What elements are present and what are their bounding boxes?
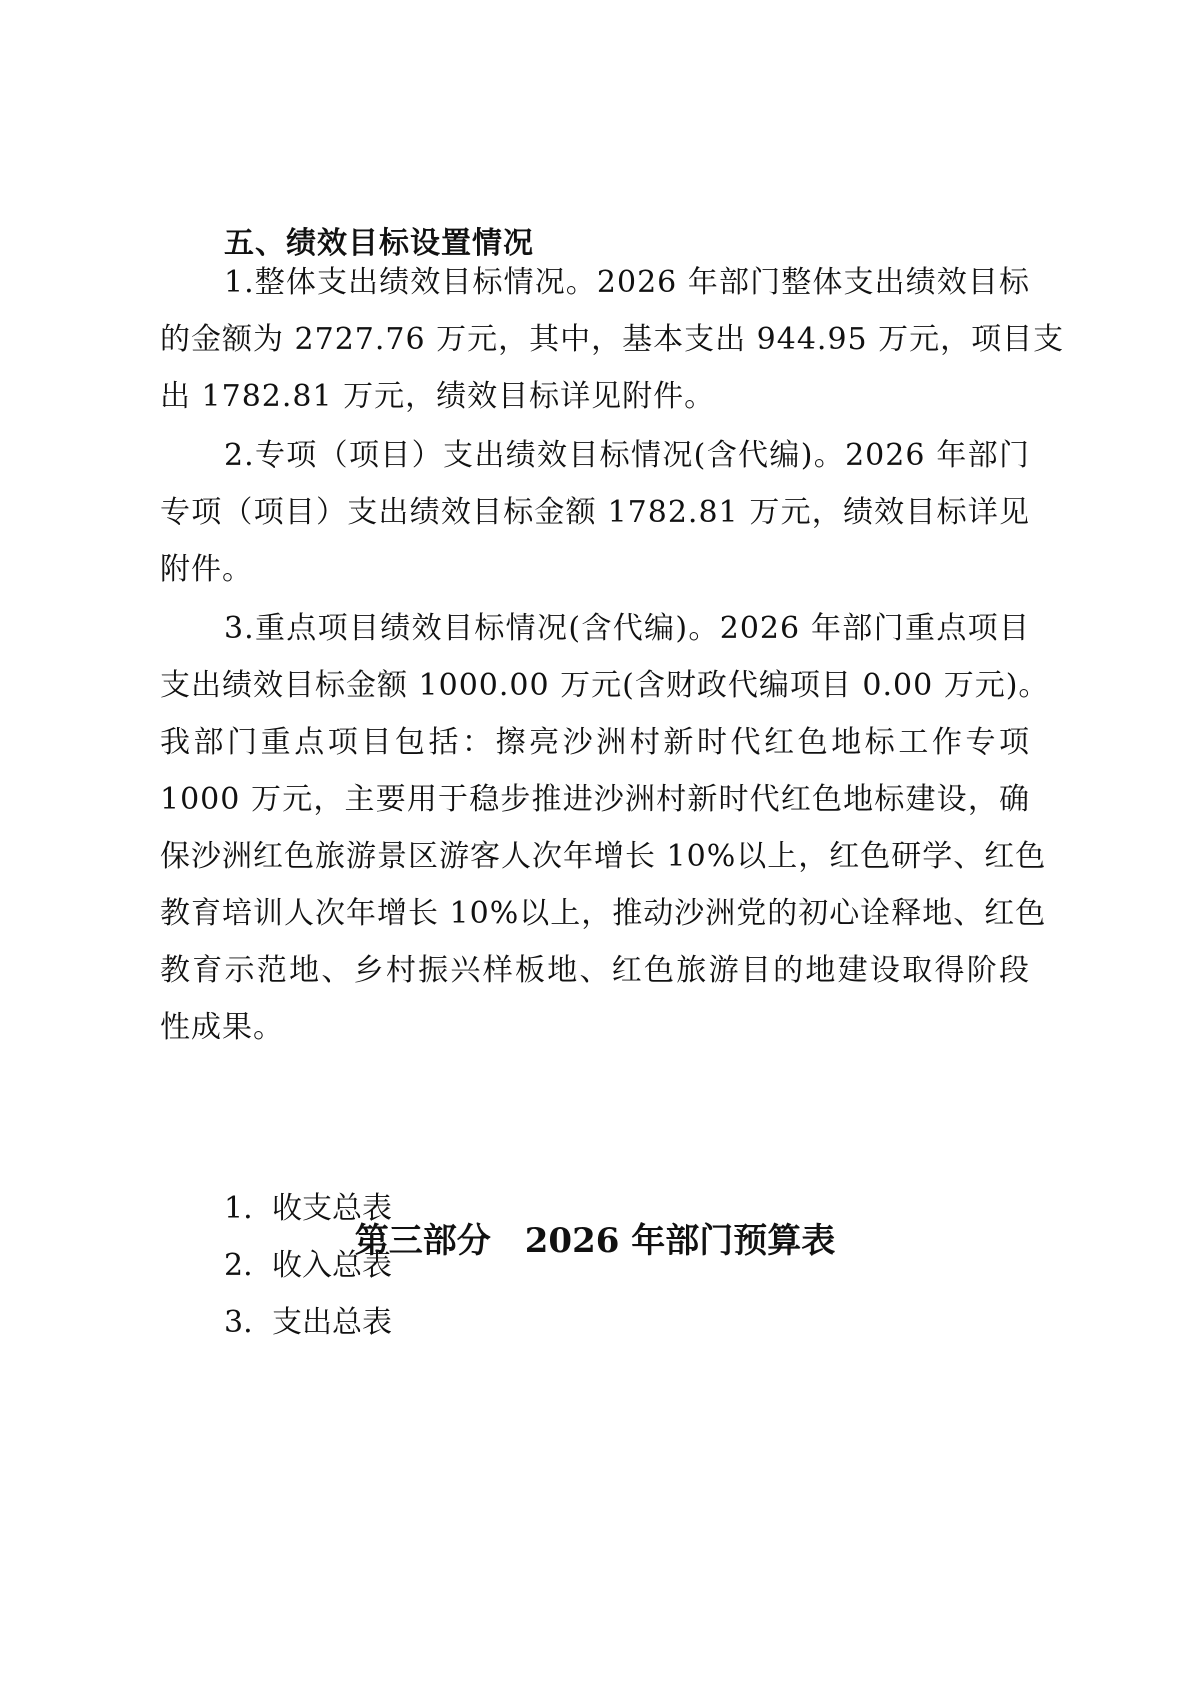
paragraph-key-line-3: 我部门重点项目包括：擦亮沙洲村新时代红色地标工作专项 xyxy=(160,723,1030,763)
toc-item-number: 3. xyxy=(224,1303,272,1343)
paragraph-key-line-7: 教育示范地、乡村振兴样板地、红色旅游目的地建设取得阶段 xyxy=(160,951,1030,991)
paragraph-overall-line-3: 出 1782.81 万元，绩效目标详见附件。 xyxy=(160,377,1030,417)
toc-item-label: 支出总表 xyxy=(272,1305,392,1340)
document-page: 五、绩效目标设置情况 1.整体支出绩效目标情况。2026 年部门整体支出绩效目标… xyxy=(0,0,1190,1683)
section-heading: 五、绩效目标设置情况 xyxy=(224,224,534,264)
paragraph-key-line-5: 保沙洲红色旅游景区游客人次年增长 10%以上，红色研学、红色 xyxy=(160,837,1030,877)
toc-item-income-expenditure-summary: 1.收支总表 xyxy=(224,1189,392,1229)
paragraph-key-line-2: 支出绩效目标金额 1000.00 万元(含财政代编项目 0.00 万元)。 xyxy=(160,666,1030,706)
toc-item-label: 收支总表 xyxy=(272,1191,392,1226)
paragraph-key-line-6: 教育培训人次年增长 10%以上，推动沙洲党的初心诠释地、红色 xyxy=(160,894,1030,934)
toc-item-number: 1. xyxy=(224,1189,272,1229)
paragraph-special-line-2: 专项（项目）支出绩效目标金额 1782.81 万元，绩效目标详见 xyxy=(160,493,1030,533)
paragraph-overall-line-1: 1.整体支出绩效目标情况。2026 年部门整体支出绩效目标 xyxy=(224,263,1030,303)
toc-item-expenditure-summary: 3.支出总表 xyxy=(224,1303,392,1343)
paragraph-key-line-8: 性成果。 xyxy=(160,1008,1030,1048)
paragraph-special-line-1: 2.专项（项目）支出绩效目标情况(含代编)。2026 年部门 xyxy=(224,436,1030,476)
paragraph-overall-line-2: 的金额为 2727.76 万元，其中，基本支出 944.95 万元，项目支 xyxy=(160,320,1030,360)
toc-item-income-summary: 2.收入总表 xyxy=(224,1246,392,1286)
paragraph-special-line-3: 附件。 xyxy=(160,550,1030,590)
toc-item-label: 收入总表 xyxy=(272,1248,392,1283)
paragraph-key-line-4: 1000 万元，主要用于稳步推进沙洲村新时代红色地标建设，确 xyxy=(160,780,1030,820)
paragraph-key-line-1: 3.重点项目绩效目标情况(含代编)。2026 年部门重点项目 xyxy=(224,609,1030,649)
toc-item-number: 2. xyxy=(224,1246,272,1286)
part-title: 第三部分2026 年部门预算表 xyxy=(0,1219,1190,1263)
part-title-text: 2026 年部门预算表 xyxy=(525,1221,835,1261)
